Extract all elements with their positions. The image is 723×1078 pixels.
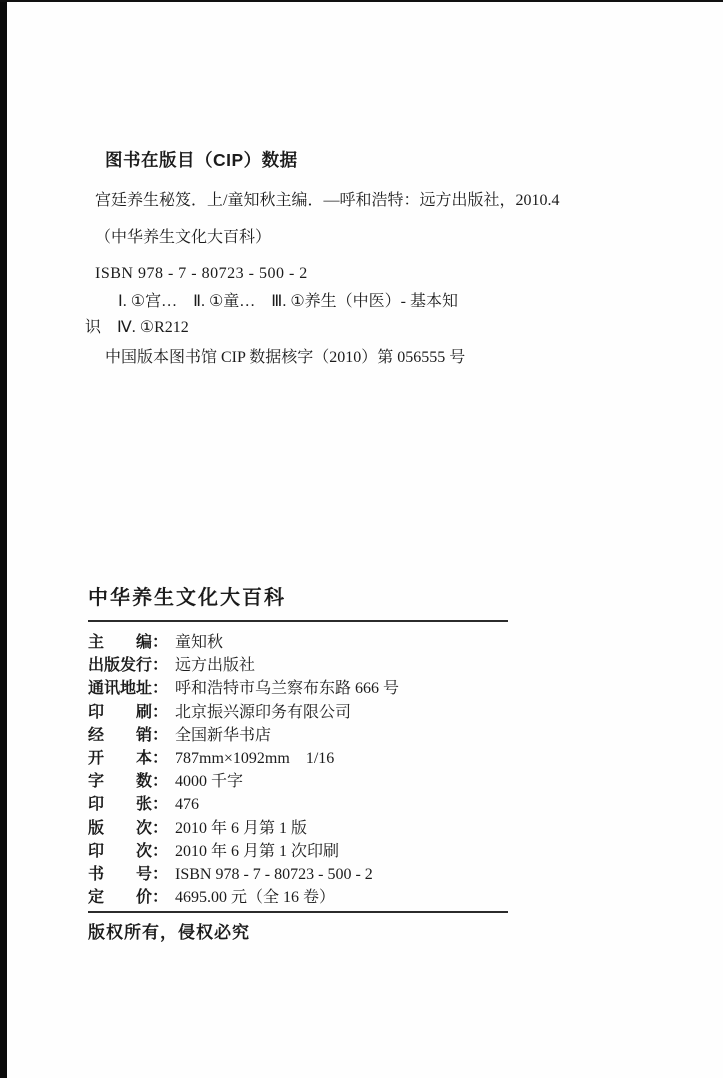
scan-edge-top — [0, 0, 723, 2]
row-label: 出版发行： — [88, 657, 168, 674]
row-label: 印 刷： — [88, 704, 168, 721]
row-value: 呼和浩特市乌兰察布东路 666 号 — [175, 680, 399, 697]
colophon-block: 中华养生文化大百科 主 编：童知秋 出版发行：远方出版社 通讯地址：呼和浩特市乌… — [88, 584, 508, 943]
row-value: 4695.00 元（全 16 卷） — [175, 889, 335, 906]
row-label: 主 编： — [88, 634, 168, 651]
row-value: 童知秋 — [175, 634, 223, 651]
divider-top — [88, 620, 508, 622]
colophon-row-printing: 印 次：2010 年 6 月第 1 次印刷 — [88, 840, 508, 863]
colophon-row-edition: 版 次：2010 年 6 月第 1 版 — [88, 817, 508, 840]
colophon-row-publisher: 出版发行：远方出版社 — [88, 654, 508, 677]
row-value: 2010 年 6 月第 1 次印刷 — [175, 843, 339, 860]
row-value: 远方出版社 — [175, 657, 255, 674]
colophon-row-word-count: 字 数：4000 千字 — [88, 770, 508, 793]
row-value: 787mm×1092mm 1/16 — [175, 750, 334, 767]
row-label: 开 本： — [88, 750, 168, 767]
divider-bottom — [88, 911, 508, 913]
scanned-book-copyright-page: { "cip": { "heading": "图书在版目（CIP）数据", "t… — [0, 0, 723, 1078]
copyright-notice: 版权所有，侵权必究 — [88, 918, 508, 943]
colophon-row-editor: 主 编：童知秋 — [88, 631, 508, 654]
colophon-row-address: 通讯地址：呼和浩特市乌兰察布东路 666 号 — [88, 677, 508, 700]
cip-title-line: 宫廷养生秘笈．上/童知秋主编．—呼和浩特：远方出版社，2010.4 — [95, 191, 559, 211]
row-label: 通讯地址： — [88, 680, 168, 697]
cip-classification-line-2: 识 Ⅳ. ①R212 — [85, 318, 189, 338]
row-label: 定 价： — [88, 889, 168, 906]
colophon-row-isbn: 书 号：ISBN 978 - 7 - 80723 - 500 - 2 — [88, 863, 508, 886]
row-label: 印 次： — [88, 843, 168, 860]
row-value: 4000 千字 — [175, 773, 243, 790]
row-value: ISBN 978 - 7 - 80723 - 500 - 2 — [175, 866, 373, 883]
colophon-row-sheets: 印 张：476 — [88, 793, 508, 816]
series-title: 中华养生文化大百科 — [88, 584, 508, 612]
row-label: 经 销： — [88, 727, 168, 744]
cip-heading: 图书在版目（CIP）数据 — [105, 150, 298, 170]
colophon-rows: 主 编：童知秋 出版发行：远方出版社 通讯地址：呼和浩特市乌兰察布东路 666 … — [88, 631, 508, 909]
row-value: 476 — [175, 796, 199, 813]
cip-isbn-line: ISBN 978 - 7 - 80723 - 500 - 2 — [95, 264, 308, 284]
cip-series-line: （中华养生文化大百科） — [95, 228, 271, 248]
row-label: 印 张： — [88, 796, 168, 813]
colophon-row-format: 开 本：787mm×1092mm 1/16 — [88, 747, 508, 770]
cip-classification-line-1: Ⅰ. ①宫… Ⅱ. ①童… Ⅲ. ①养生（中医）- 基本知 — [118, 292, 458, 312]
row-label: 书 号： — [88, 866, 168, 883]
row-label: 字 数： — [88, 773, 168, 790]
row-value: 北京振兴源印务有限公司 — [175, 704, 351, 721]
row-value: 2010 年 6 月第 1 版 — [175, 820, 307, 837]
colophon-row-price: 定 价：4695.00 元（全 16 卷） — [88, 886, 508, 909]
row-value: 全国新华书店 — [175, 727, 271, 744]
row-label: 版 次： — [88, 820, 168, 837]
scan-gutter-left — [0, 0, 7, 1078]
colophon-row-distributor: 经 销：全国新华书店 — [88, 724, 508, 747]
colophon-row-printer: 印 刷：北京振兴源印务有限公司 — [88, 701, 508, 724]
cip-record-number-line: 中国版本图书馆 CIP 数据核字（2010）第 056555 号 — [105, 348, 465, 368]
